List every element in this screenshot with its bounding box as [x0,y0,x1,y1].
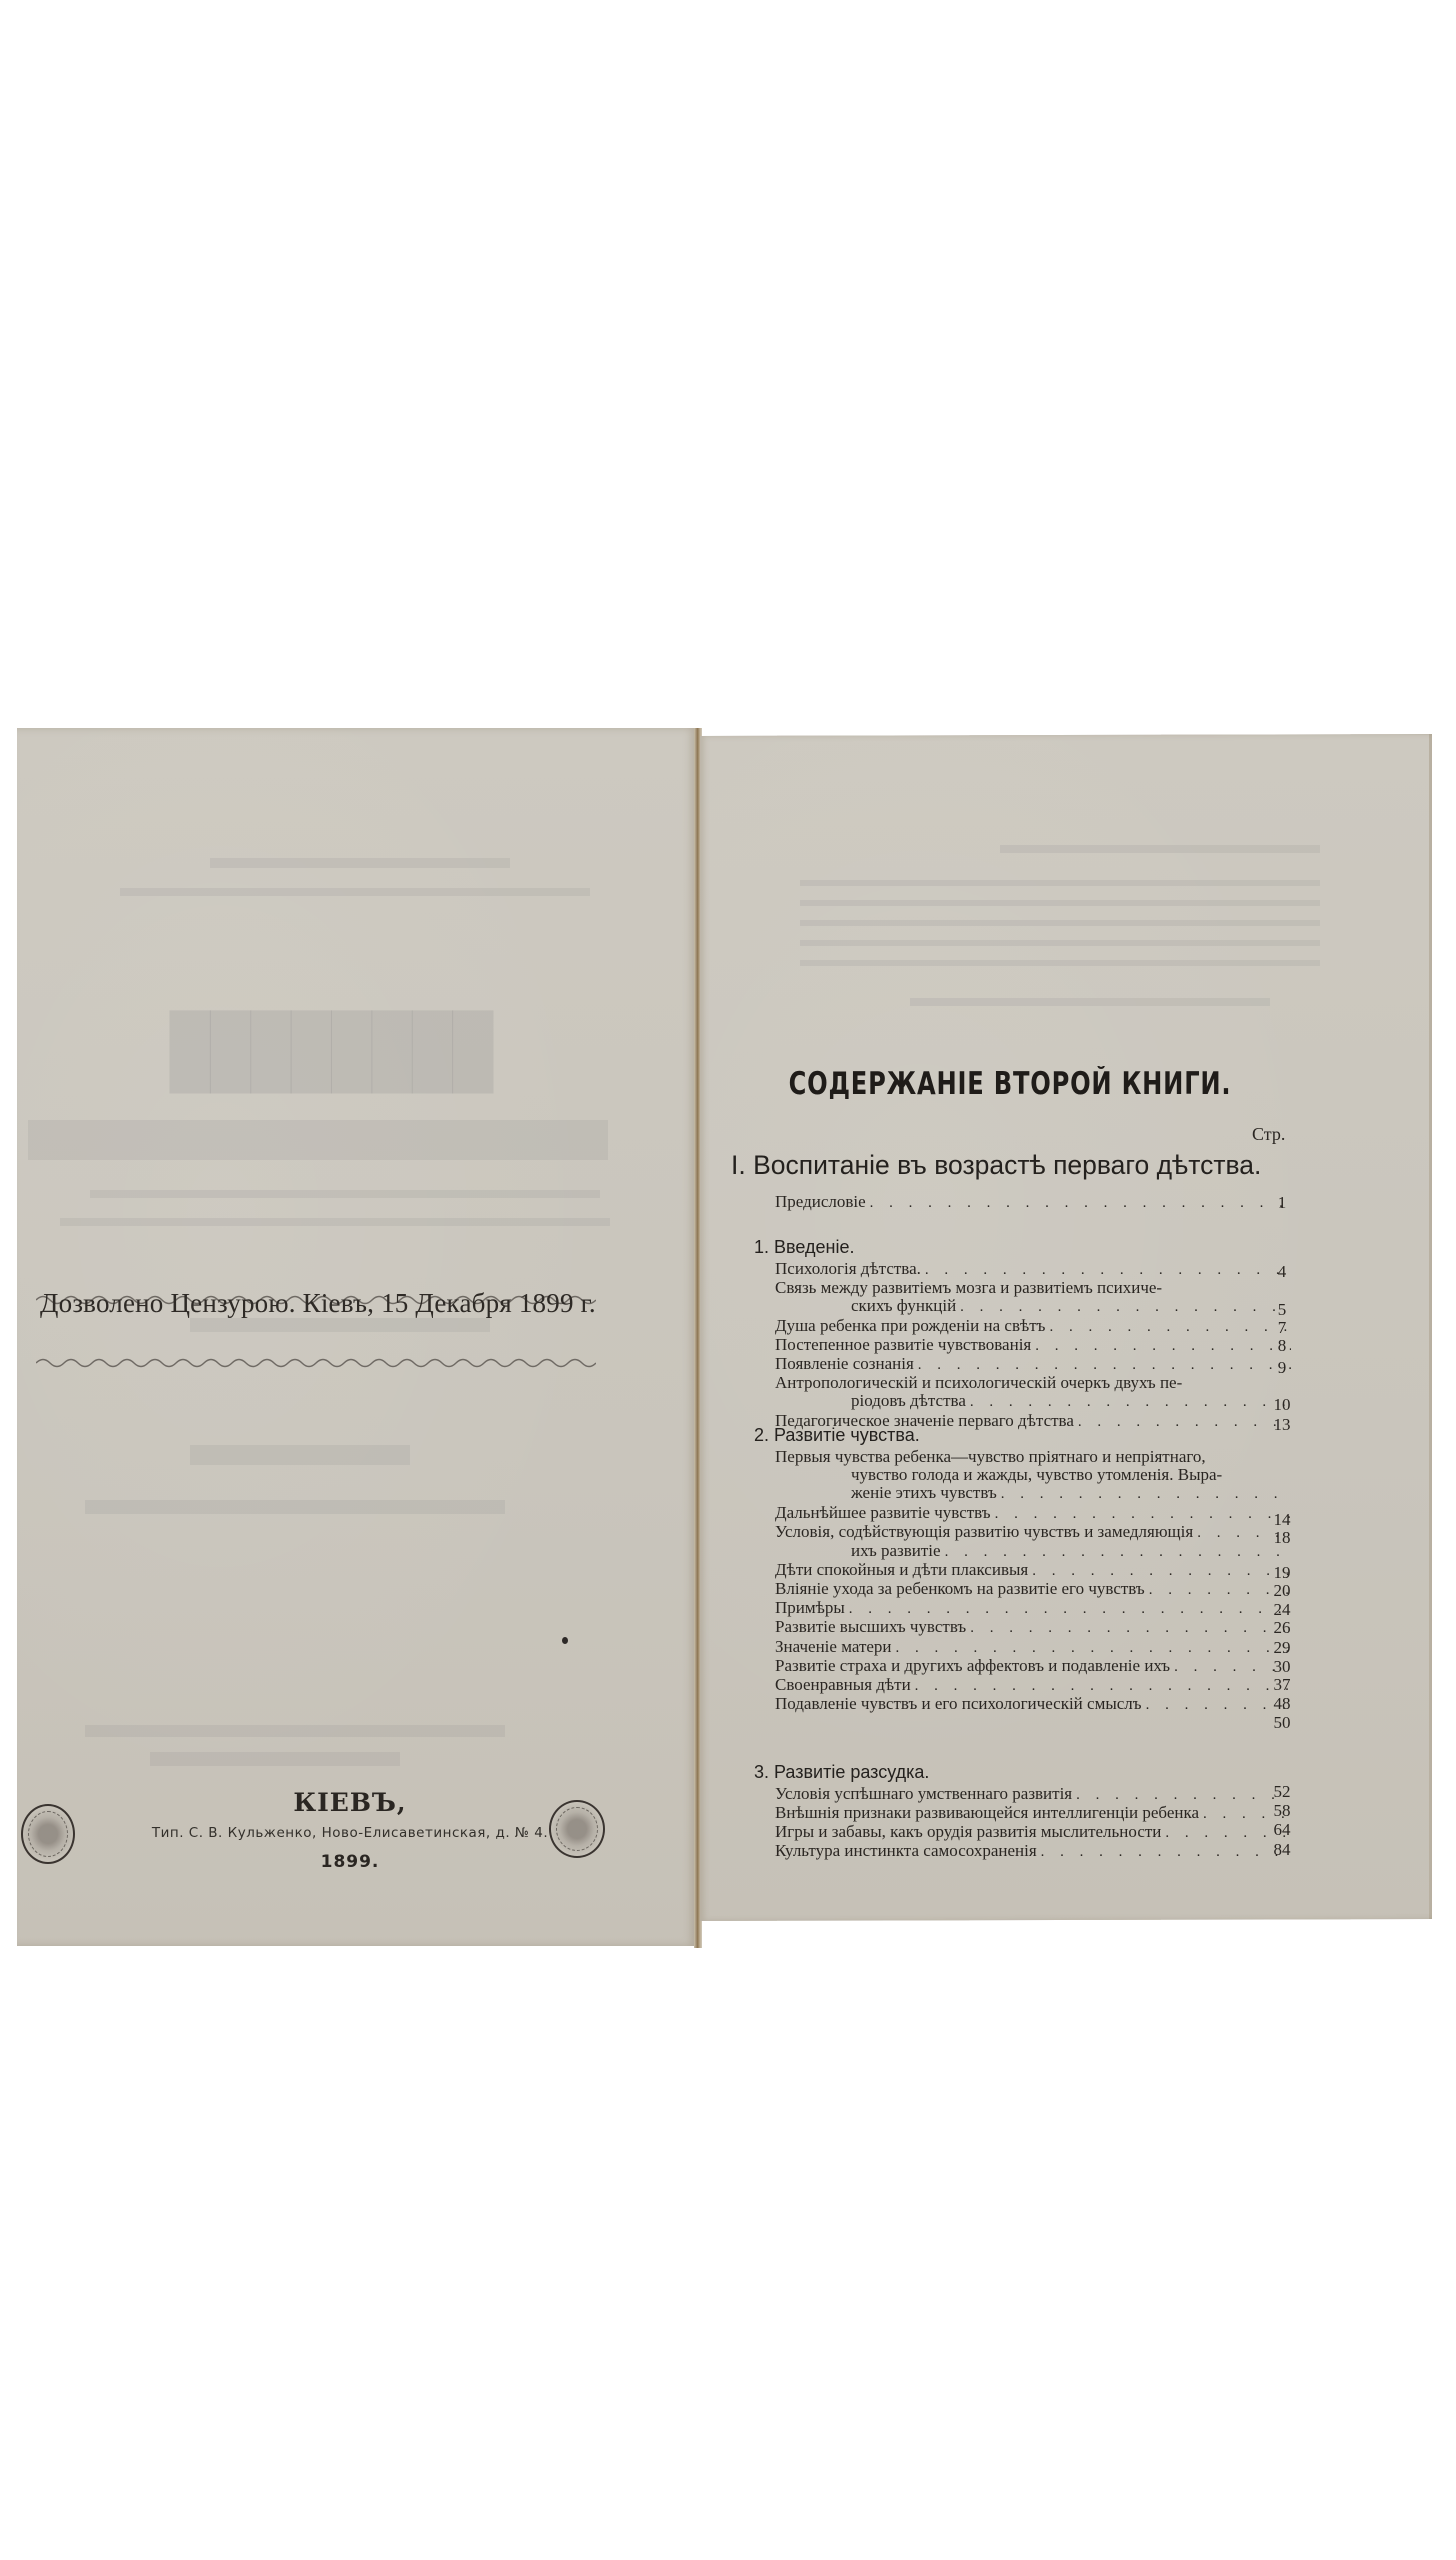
leader-dots [1076,1786,1291,1804]
toc-entry-text: ихъ развитіе [851,1542,941,1560]
leader-dots [896,1639,1291,1657]
toc-entry-text: женіе этихъ чувствъ [851,1484,997,1502]
toc-entry-preface: Предисловіе [775,1193,1295,1212]
toc-entry: Игры и забавы, какъ орудія развитія мысл… [775,1823,1295,1842]
leader-dots [1197,1524,1291,1542]
leader-dots [1041,1843,1291,1861]
leader-dots [1146,1696,1291,1714]
toc-title: СОДЕРЖАНІЕ ВТОРОЙ КНИГИ. [768,1066,1252,1102]
toc-entry: Подавленіе чувствъ и его психологическій… [775,1695,1295,1714]
toc-entry-text: чувство голода и жажды, чувство утомлені… [851,1466,1222,1484]
toc-entry: Вліяніе ухода за ребенкомъ на развитіе е… [775,1580,1295,1599]
toc-entry: Дальнѣйшее развитіе чувствъ [775,1504,1295,1523]
toc-entry-text: Внѣшнія признаки развивающейся интеллиге… [775,1804,1199,1822]
toc-entry-text: Вліяніе ухода за ребенкомъ на развитіе е… [775,1580,1145,1598]
toc-entry-text: Психологія дѣтства. [775,1260,921,1278]
leader-dots [960,1298,1291,1316]
leader-dots [1078,1413,1291,1431]
toc-entry-text: Дѣти спокойныя и дѣти плаксивыя [775,1561,1028,1579]
imprint-city: КІЕВЪ, [40,1788,660,1817]
ink-speck [562,1637,568,1644]
toc-entry-text: Примѣры [775,1599,845,1617]
toc-entry-text: Развитіе страха и другихъ аффектовъ и по… [775,1657,1170,1675]
leader-dots [918,1356,1291,1374]
toc-entry: Развитіе высшихъ чувствъ [775,1618,1295,1637]
toc-entry-text: Условія успѣшнаго умственнаго развитія [775,1785,1072,1803]
leader-dots [870,1194,1291,1212]
toc-entry: Внѣшнія признаки развивающейся интеллиге… [775,1804,1295,1823]
toc-entry-text: Предисловіе [775,1193,866,1211]
leader-dots [970,1393,1291,1411]
toc-entry: Связь между развитіемъ мозга и развитіем… [775,1279,1295,1316]
toc-entry-text: скихъ функцій [851,1297,956,1315]
leader-dots [1049,1318,1291,1336]
imprint-year: 1899. [40,1852,660,1872]
toc-page-number: 8 [1264,1336,1300,1356]
leader-dots [970,1619,1291,1637]
toc-entry: Условія, содѣйствующія развитію чувствъ … [775,1523,1295,1561]
toc-page-number: 84 [1264,1840,1300,1860]
toc-entry-text: Значеніе матери [775,1638,892,1656]
leader-dots [1032,1562,1291,1580]
imprint-printer: Тип. С. В. Кульженко, Ново-Елисаветинска… [40,1825,660,1841]
toc-entry: Антропологическій и психологическій очер… [775,1374,1295,1411]
toc-entry: Первыя чувства ребенка—чувство пріятнаго… [775,1448,1295,1503]
toc-entry-text: Своенравныя дѣти [775,1676,911,1694]
toc-entry-text: Появленіе сознанія [775,1355,914,1373]
toc-entry-text: Связь между развитіемъ мозга и развитіем… [775,1279,1162,1297]
toc-page-number: 1 [1264,1193,1300,1213]
toc-page-number: 50 [1264,1713,1300,1733]
toc-entry: Постепенное развитіе чувствованія [775,1336,1295,1355]
toc-page-number: 52 [1264,1782,1300,1802]
toc-entry: Появленіе сознанія [775,1355,1295,1374]
section-heading: 2. Развитіе чувства. [754,1425,920,1446]
toc-entry-text: Душа ребенка при рожденіи на свѣтъ [775,1317,1045,1335]
leader-dots [849,1600,1291,1618]
toc-page-number: 64 [1264,1820,1300,1840]
leader-dots [925,1261,1291,1279]
toc-entry: Условія успѣшнаго умственнаго развитія [775,1785,1295,1804]
leader-dots [1149,1581,1291,1599]
toc-page-number: 13 [1264,1415,1300,1435]
section-heading: 1. Введеніе. [754,1237,854,1258]
toc-entry: Значеніе матери [775,1638,1295,1657]
toc-entry-text: Антропологическій и психологическій очер… [775,1374,1182,1392]
toc-entry: Примѣры [775,1599,1295,1618]
leader-dots [945,1543,1291,1561]
censorship-note: Дозволено Цензурою. Кіевъ, 15 Декабря 18… [40,1288,600,1319]
toc-entry-text: ріодовъ дѣтства [851,1392,966,1410]
leader-dots [1035,1337,1291,1355]
toc-entry-text: Условія, содѣйствующія развитію чувствъ … [775,1523,1193,1541]
toc-entry: Психологія дѣтства. [775,1260,1295,1279]
toc-entry: Развитіе страха и другихъ аффектовъ и по… [775,1657,1295,1676]
section-heading: 3. Развитіе разсудка. [754,1762,929,1783]
toc-entry-text: Постепенное развитіе чувствованія [775,1336,1031,1354]
toc-entry-text: Первыя чувства ребенка—чувство пріятнаго… [775,1448,1206,1466]
toc-entry: Культура инстинкта самосохраненія [775,1842,1295,1861]
leader-dots [1001,1485,1291,1503]
wavy-rule-bottom [36,1356,596,1370]
toc-entry-text: Подавленіе чувствъ и его психологическій… [775,1695,1142,1713]
toc-entry-text: Культура инстинкта самосохраненія [775,1842,1037,1860]
toc-page-number: 58 [1264,1801,1300,1821]
page-column-label: Стр. [1252,1124,1285,1145]
toc-entry-text: Дальнѣйшее развитіе чувствъ [775,1504,991,1522]
toc-entry-text: Развитіе высшихъ чувствъ [775,1618,966,1636]
toc-entry: Душа ребенка при рожденіи на свѣтъ [775,1317,1295,1336]
leader-dots [915,1677,1291,1695]
leader-dots [1174,1658,1291,1676]
toc-entry-text: Игры и забавы, какъ орудія развитія мысл… [775,1823,1161,1841]
toc-entry: Дѣти спокойныя и дѣти плаксивыя [775,1561,1295,1580]
leader-dots [995,1505,1291,1523]
toc-entry: Своенравныя дѣти [775,1676,1295,1695]
part-heading: I. Воспитаніе въ возрастѣ перваго дѣтств… [731,1150,1261,1181]
